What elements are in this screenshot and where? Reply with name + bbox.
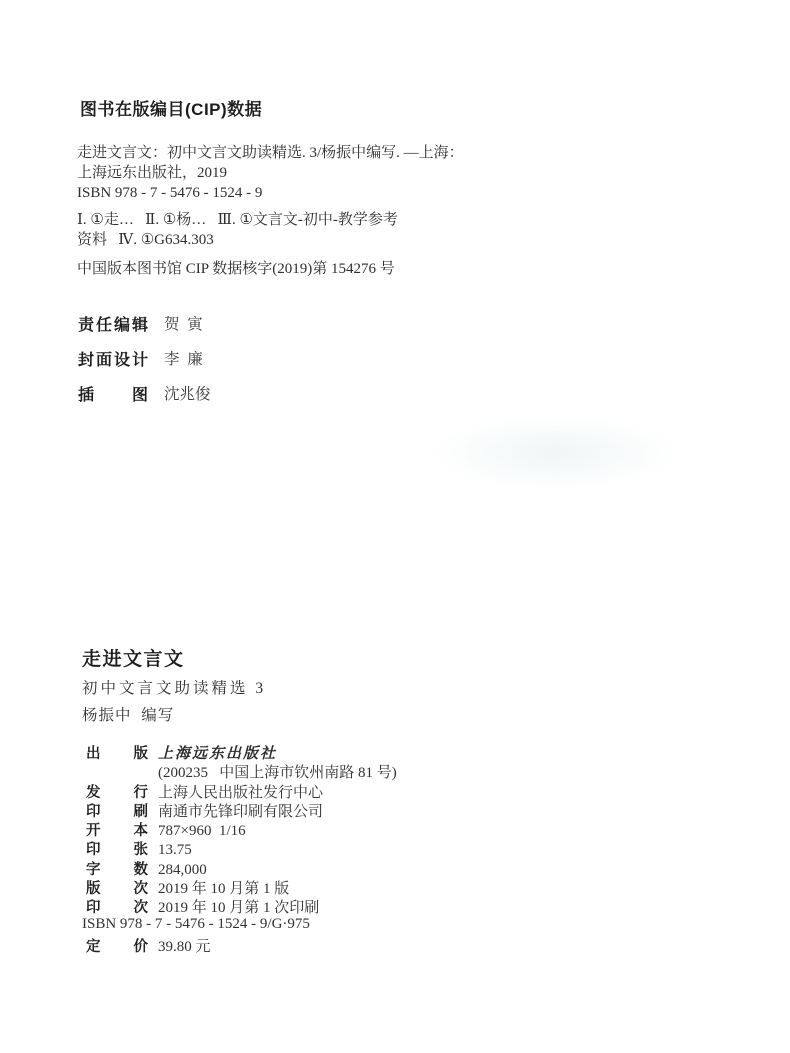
impression-value: 2019 年 10 月第 1 次印刷 [158, 896, 319, 917]
pub-label-wordcount: 字数 [86, 858, 148, 879]
price-value: 39.80 元 [158, 935, 211, 956]
book-author: 杨振中 编写 [82, 703, 174, 725]
publisher-logotype: 上海远东出版社 [158, 742, 277, 763]
pub-row-wordcount: 字数 284,000 [86, 858, 397, 877]
credit-label-cover-design: 封面设计 [78, 347, 148, 370]
pub-label-publisher: 出版 [86, 742, 148, 763]
pub-label-distributor: 发行 [86, 781, 148, 802]
cip-classification: Ⅰ. ①走… Ⅱ. ①杨… Ⅲ. ①文言文-初中-教学参考 资料 Ⅳ. ①G63… [77, 210, 547, 250]
publisher-address: (200235 中国上海市钦州南路 81 号) [158, 761, 397, 782]
format-value: 787×960 1/16 [158, 823, 246, 840]
book-subtitle: 初中文言文助读精选 3 [82, 676, 266, 698]
pub-row-format: 开本 787×960 1/16 [86, 819, 397, 838]
pub-row-impression: 印次 2019 年 10 月第 1 次印刷 [86, 896, 397, 915]
edition-value: 2019 年 10 月第 1 版 [158, 877, 289, 898]
cip-desc-line-3-isbn: ISBN 978 - 7 - 5476 - 1524 - 9 [77, 183, 547, 203]
credit-row-illustration: 插图 沈兆俊 [78, 382, 211, 417]
pub-row-address: (200235 中国上海市钦州南路 81 号) [86, 761, 397, 780]
credit-value-illustration: 沈兆俊 [164, 382, 211, 404]
cip-heading: 图书在版编目(CIP)数据 [80, 95, 262, 120]
pub-row-printer: 印刷 南通市先锋印刷有限公司 [86, 800, 397, 819]
pub-label-edition: 版次 [86, 877, 148, 898]
pub-label-format: 开本 [86, 819, 148, 840]
credit-row-cover-design: 封面设计 李 廉 [78, 347, 211, 382]
distributor-value: 上海人民出版社发行中心 [158, 781, 323, 802]
pub-label-impression: 印次 [86, 896, 148, 917]
pub-label-sheets: 印张 [86, 838, 148, 859]
cip-desc-line-1: 走进文言文：初中文言文助读精选. 3/杨振中编写. —上海： [77, 143, 547, 163]
credits-section: 责任编辑 贺 寅 封面设计 李 廉 插图 沈兆俊 [78, 312, 211, 417]
printer-value: 南通市先锋印刷有限公司 [158, 800, 323, 821]
pub-row-publisher: 出版 上海远东出版社 [86, 742, 397, 761]
cip-record-number: 中国版本图书馆 CIP 数据核字(2019)第 154276 号 [77, 257, 395, 278]
pub-label-price: 定价 [86, 935, 148, 956]
cip-desc-line-2: 上海远东出版社，2019 [77, 163, 547, 183]
publication-info: 出版 上海远东出版社 (200235 中国上海市钦州南路 81 号) 发行 上海… [86, 742, 397, 954]
credit-value-editor: 贺 寅 [164, 312, 203, 334]
pub-row-distributor: 发行 上海人民出版社发行中心 [86, 781, 397, 800]
sheets-value: 13.75 [158, 842, 192, 859]
credit-label-illustration: 插图 [78, 382, 148, 405]
credit-label-editor: 责任编辑 [78, 312, 148, 335]
scan-bleed-artifact [430, 415, 680, 490]
copyright-page: 图书在版编目(CIP)数据 走进文言文：初中文言文助读精选. 3/杨振中编写. … [0, 0, 790, 1053]
isbn-line: ISBN 978 - 7 - 5476 - 1524 - 9/G·975 [82, 916, 397, 935]
credit-value-cover-design: 李 廉 [164, 347, 203, 369]
cip-description: 走进文言文：初中文言文助读精选. 3/杨振中编写. —上海： 上海远东出版社，2… [77, 143, 547, 203]
cip-class-line-1: Ⅰ. ①走… Ⅱ. ①杨… Ⅲ. ①文言文-初中-教学参考 [77, 210, 547, 230]
pub-row-price: 定价 39.80 元 [86, 935, 397, 954]
credit-row-editor: 责任编辑 贺 寅 [78, 312, 211, 347]
cip-class-line-2: 资料 Ⅳ. ①G634.303 [77, 230, 547, 250]
pub-row-edition: 版次 2019 年 10 月第 1 版 [86, 877, 397, 896]
book-title: 走进文言文 [82, 644, 185, 671]
pub-row-sheets: 印张 13.75 [86, 838, 397, 857]
pub-label-printer: 印刷 [86, 800, 148, 821]
